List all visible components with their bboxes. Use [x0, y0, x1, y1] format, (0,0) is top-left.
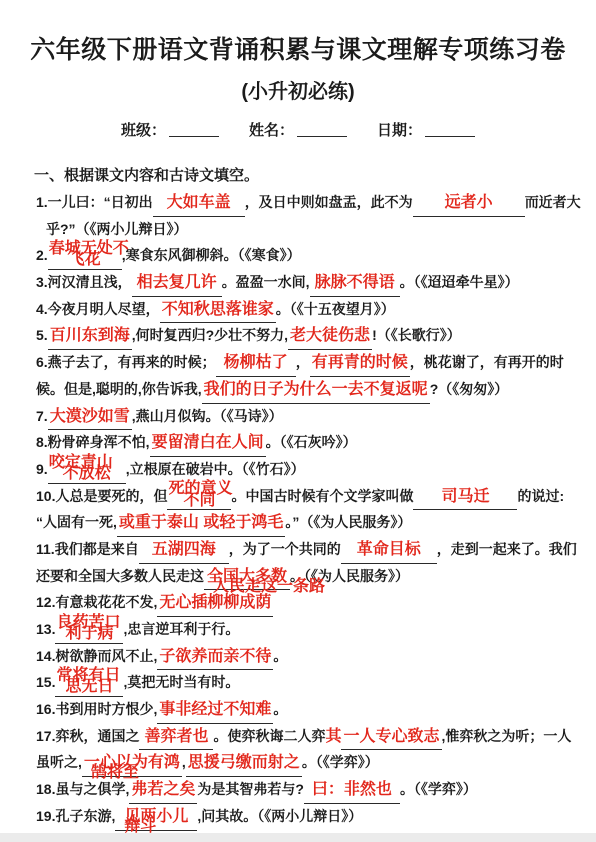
q15-line: 15.常将有日思无日,莫把无时当有时。 [36, 669, 576, 696]
date-field: 日期： [377, 119, 475, 140]
question-text: 15. [36, 674, 55, 690]
answer-text: 思援弓缴而射之 [188, 755, 300, 771]
name-field: 姓名： [249, 119, 347, 140]
answer-blank: 咬定青山不放松 [48, 456, 126, 484]
q5-line: 5.百川东到海,何时复西归?少壮不努力,老大徒伤悲!（《长歌行》） [36, 322, 576, 349]
answer-text-above: 常将有日 [56, 668, 120, 684]
page-title: 六年级下册语文背诵积累与课文理解专项练习卷 [10, 30, 586, 66]
answer-blank: 或重于泰山 或轻于鸿毛 [117, 509, 285, 537]
question-text: 。”（《为人民服务》） [285, 514, 411, 530]
q8-line: 8.粉骨碎身浑不怕,要留清白在人间。（《石灰吟》） [36, 429, 576, 456]
answer-blank: 一人专心致志 [341, 723, 441, 751]
question-text: 18.虽与之俱学, [36, 781, 129, 797]
question-text: ,燕山月似钩。（《马诗》） [132, 408, 283, 424]
answer-blank: 春城无处不飞花 [48, 242, 122, 270]
answer-text: 曰：非然也 [312, 782, 392, 798]
answer-text: 司马迁 [441, 489, 489, 505]
q11-line-1: 11.我们都是来自五湖四海，为了一个共同的革命目标，走到一起来了。我们 [36, 536, 576, 563]
question-text: ,寒食东风御柳斜。（《寒食》） [122, 247, 301, 263]
question-text: 。盈盈一水间, [222, 274, 310, 290]
q1-line-1: 1.一儿曰：“日初出大如车盖，及日中则如盘盂，此不为远者小而近者大 [36, 189, 576, 216]
answer-blank: 杨柳枯了 [216, 349, 296, 377]
answer-text: 或重于泰山 或轻于鸿毛 [119, 515, 283, 531]
question-text: 3.河汉清且浅， [36, 274, 132, 290]
answer-text: 远者小 [445, 195, 493, 211]
answer-blank: 死的意义不同 [167, 483, 231, 511]
q19-line: 19.孔子东游,见两小儿辩斗,问其故。（《两小儿辩日》） [36, 803, 576, 830]
question-text: 16.书到用时方恨少, [36, 701, 157, 717]
page-bottom-edge [0, 833, 596, 842]
answer-text: 百川东到海 [50, 328, 130, 344]
q14-line: 14.树欲静而风不止,子欲养而亲不待。 [36, 643, 576, 670]
question-text: 。 [273, 701, 287, 717]
question-text: 19.孔子东游, [36, 808, 115, 824]
answer-blank: 常将有日思无日 [55, 669, 123, 697]
answer-text-inline: 其 [325, 728, 341, 745]
answer-text: 有再青的时候 [312, 355, 408, 371]
question-text: 。（《迢迢牵牛星》） [400, 274, 519, 290]
answer-blank: 全国大多数人民走这一条路 [204, 563, 290, 591]
q7-line: 7.大漠沙如雪,燕山月似钩。（《马诗》） [36, 403, 576, 430]
answer-text: 五湖四海 [152, 542, 216, 558]
answer-blank: 善弈者也 [139, 723, 213, 751]
question-list: 1.一儿曰：“日初出大如车盖，及日中则如盘盂，此不为远者小而近者大乎?”（《两小… [36, 189, 576, 830]
date-label: 日期： [377, 122, 422, 139]
question-text: 13. [36, 621, 55, 637]
question-text: ， [296, 354, 310, 370]
answer-blank: 子欲养而亲不待 [157, 643, 273, 671]
section-heading: 一、根据课文内容和古诗文填空。 [34, 164, 596, 185]
class-label: 班级： [121, 122, 166, 139]
answer-text-below: 鹄将至 [91, 765, 139, 781]
answer-text-below: 人民走这一条路 [213, 579, 325, 595]
answer-text: 老大徒伤悲 [290, 328, 370, 344]
answer-text-above: 死的意义 [168, 481, 232, 497]
answer-blank: 良药苦口利于病 [55, 616, 123, 644]
q4-line: 4.今夜月明人尽望，不知秋思落谁家。（《十五夜望月》） [36, 296, 576, 323]
question-text: 11.我们都是来自 [36, 541, 139, 557]
question-text: 8.粉骨碎身浑不怕, [36, 434, 150, 450]
question-text: 而近者大 [525, 194, 581, 210]
answer-blank: 大如车盖 [153, 189, 245, 217]
question-text: ，及日中则如盘盂，此不为 [245, 194, 413, 210]
question-text: 14.树欲静而风不止, [36, 648, 157, 664]
question-text: 1.一儿曰：“日初出 [36, 194, 153, 210]
question-text: “人固有一死, [36, 514, 117, 530]
class-blank [169, 123, 219, 137]
answer-blank: 革命目标 [341, 536, 437, 564]
q11-line-2: 还要和全国大多数人民走这全国大多数人民走这一条路。（《为人民服务》） [36, 563, 576, 590]
question-text: 。 [273, 648, 287, 664]
worksheet-page: 六年级下册语文背诵积累与课文理解专项练习卷 (小升初必练) 班级： 姓名： 日期… [0, 0, 596, 842]
answer-text: 相去复几许 [137, 275, 217, 291]
question-text: 9. [36, 461, 48, 477]
question-text: 。（《学弈》） [302, 754, 379, 770]
question-text: 乎?”（《两小儿辩日》） [46, 221, 188, 237]
question-text: ,立根原在破岩中。（《竹石》） [126, 461, 305, 477]
answer-blank: 五湖四海 [139, 536, 229, 564]
question-text: ,惟弈秋之为听；一人 [442, 728, 572, 744]
question-text: 12.有意栽花花不发, [36, 594, 157, 610]
answer-blank: 司马迁 [413, 483, 517, 511]
answer-text: 事非经过不知难 [159, 702, 271, 718]
date-blank [425, 123, 475, 137]
question-text: !（《长歌行》） [372, 327, 461, 343]
question-text: 还要和全国大多数人民走这 [36, 568, 204, 584]
answer-blank: 要留清白在人间 [150, 429, 266, 457]
q9-line: 9.咬定青山不放松,立根原在破岩中。（《竹石》） [36, 456, 576, 483]
answer-blank: 思援弓缴而射之 [186, 749, 302, 777]
answer-blank: 不知秋思落谁家 [160, 296, 276, 324]
question-text: 。（《石灰吟》） [266, 434, 357, 450]
answer-text: 子欲养而亲不待 [159, 649, 271, 665]
answer-blank: 见两小儿辩斗 [115, 803, 197, 831]
q17-line-2: 虽听之,一心以为有鸿鹄将至,思援弓缴而射之。（《学弈》） [36, 749, 576, 776]
answer-blank: 相去复几许 [132, 269, 222, 297]
answer-text-below: 辩斗 [124, 819, 156, 835]
q6-line-2: 候。但是,聪明的,你告诉我,我们的日子为什么一去不复返呢?（《匆匆》） [36, 376, 576, 403]
question-text: 4.今夜月明人尽望， [36, 301, 160, 317]
answer-text: 革命目标 [357, 542, 421, 558]
question-text: 5. [36, 327, 48, 343]
answer-text: 不知秋思落谁家 [162, 302, 274, 318]
answer-text-above: 良药苦口 [56, 615, 120, 631]
answer-blank: 百川东到海 [48, 322, 132, 350]
q6-line-1: 6.燕子去了，有再来的时候；杨柳枯了，有再青的时候，桃花谢了，有再开的时 [36, 349, 576, 376]
question-text: 。（《学弈》） [400, 781, 477, 797]
q16-line: 16.书到用时方恨少,事非经过不知难。 [36, 696, 576, 723]
name-label: 姓名： [249, 122, 294, 139]
question-text: 候。但是,聪明的,你告诉我, [36, 381, 202, 397]
question-text: ，走到一起来了。我们 [437, 541, 577, 557]
answer-text: 杨柳枯了 [224, 355, 288, 371]
answer-blank: 老大徒伤悲 [288, 322, 372, 350]
question-text: ,何时复西归?少壮不努力, [132, 327, 288, 343]
q2-line: 2.春城无处不飞花,寒食东风御柳斜。（《寒食》） [36, 242, 576, 269]
answer-blank: 一心以为有鸿鹄将至 [82, 749, 182, 777]
question-text: 17.弈秋，通国之 [36, 728, 139, 744]
answer-text: 弗若之矣 [131, 782, 195, 798]
question-text: 。使弈秋诲二人弈 [213, 728, 325, 744]
q1-line-2: 乎?”（《两小儿辩日》） [36, 216, 576, 243]
question-text: ?（《匆匆》） [430, 381, 509, 397]
question-text: 2. [36, 247, 48, 263]
question-text: ,忠言逆耳利于行。 [123, 621, 239, 637]
answer-blank: 曰：非然也 [304, 776, 400, 804]
question-text: 6.燕子去了，有再来的时候； [36, 354, 216, 370]
answer-text: 无心插柳柳成荫 [159, 595, 271, 611]
answer-text: 大漠沙如雪 [50, 409, 130, 425]
answer-text-above: 咬定青山 [49, 455, 113, 471]
answer-blank: 有再青的时候 [310, 349, 410, 377]
answer-blank: 事非经过不知难 [157, 696, 273, 724]
name-blank [297, 123, 347, 137]
answer-text: 要留清白在人间 [152, 435, 264, 451]
q10-line-1: 10.人总是要死的，但死的意义不同。中国古时候有个文学家叫做司马迁的说过: [36, 483, 576, 510]
question-text: ,问其故。（《两小儿辩日》） [197, 808, 362, 824]
q3-line: 3.河汉清且浅，相去复几许。盈盈一水间,脉脉不得语。（《迢迢牵牛星》） [36, 269, 576, 296]
q10-line-2: “人固有一死,或重于泰山 或轻于鸿毛。”（《为人民服务》） [36, 509, 576, 536]
question-text: ，为了一个共同的 [229, 541, 341, 557]
answer-blank: 远者小 [413, 189, 525, 217]
answer-text-above: 春城无处不 [49, 241, 129, 257]
answer-blank: 我们的日子为什么一去不复返呢 [202, 376, 430, 404]
info-fields-row: 班级： 姓名： 日期： [0, 119, 596, 140]
question-text: 。（《十五夜望月》） [276, 301, 395, 317]
question-text: ，桃花谢了，有再开的时 [410, 354, 564, 370]
page-subtitle: (小升初必练) [0, 75, 596, 104]
class-field: 班级： [121, 119, 219, 140]
q17-line-1: 17.弈秋，通国之善弈者也。使弈秋诲二人弈其一人专心致志,惟弈秋之为听；一人 [36, 723, 576, 750]
question-text: 为是其智弗若与? [197, 781, 304, 797]
question-text: 。中国古时候有个文学家叫做 [231, 488, 413, 504]
answer-text: 一人专心致志 [343, 729, 439, 745]
answer-text: 我们的日子为什么一去不复返呢 [204, 382, 428, 398]
answer-blank: 弗若之矣 [129, 776, 197, 804]
question-text: ,莫把无时当有时。 [123, 674, 239, 690]
question-text: 7. [36, 408, 48, 424]
question-text: 的说过: [517, 488, 564, 504]
answer-text: 脉脉不得语 [315, 275, 395, 291]
question-text: 10.人总是要死的，但 [36, 488, 167, 504]
answer-text: 大如车盖 [167, 195, 231, 211]
question-text: 虽听之, [36, 754, 82, 770]
answer-blank: 大漠沙如雪 [48, 403, 132, 431]
answer-text: 善弈者也 [144, 729, 208, 745]
q13-line: 13.良药苦口利于病,忠言逆耳利于行。 [36, 616, 576, 643]
answer-blank: 脉脉不得语 [310, 269, 400, 297]
